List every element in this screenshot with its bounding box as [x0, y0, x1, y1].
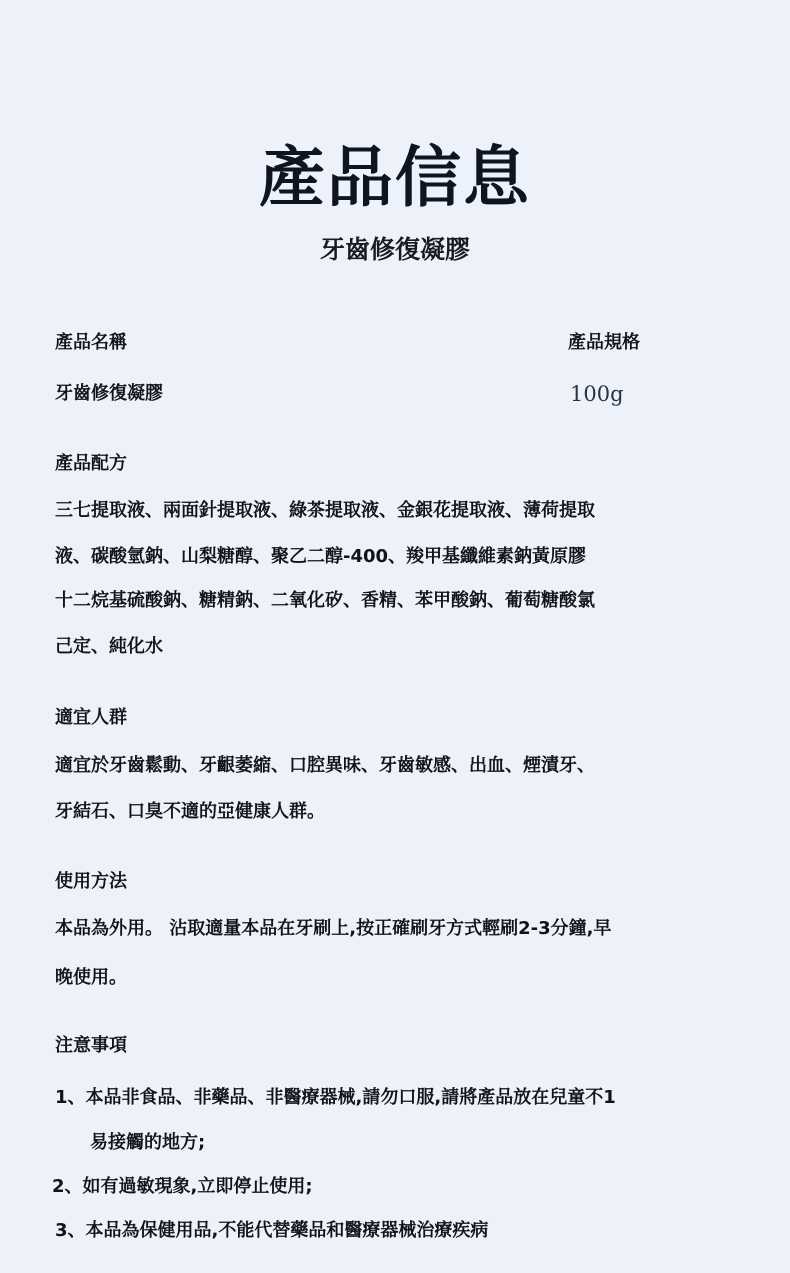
notes-item: 2、如有過敏現象,立即停止使用; [52, 1174, 313, 1200]
product-spec-label: 產品規格 [568, 330, 640, 356]
formula-label: 產品配方 [55, 451, 127, 477]
formula-line: 十二烷基硫酸鈉、糖精鈉、二氧化矽、香精、苯甲酸鈉、葡萄糖酸氯 [55, 588, 595, 614]
formula-line: 液、碳酸氫鈉、山梨糖醇、聚乙二醇-400、羧甲基纖維素鈉黃原膠 [55, 544, 586, 570]
suitable-line: 牙結石、口臭不適的亞健康人群。 [55, 799, 325, 825]
product-name-value: 牙齒修復凝膠 [55, 381, 163, 407]
usage-line: 晚使用。 [55, 965, 127, 991]
formula-line: 己定、純化水 [55, 634, 163, 660]
product-name-label: 產品名稱 [55, 330, 127, 356]
suitable-label: 適宜人群 [55, 705, 127, 731]
formula-line: 三七提取液、兩面針提取液、綠茶提取液、金銀花提取液、薄荷提取 [55, 498, 595, 524]
notes-label: 注意事項 [55, 1033, 127, 1059]
notes-item: 1、本品非食品、非藥品、非醫療器械,請勿口服,請將產品放在兒童不1 [55, 1085, 616, 1111]
page-subtitle: 牙齒修復凝膠 [0, 232, 790, 268]
page-title: 產品信息 [0, 136, 790, 220]
notes-item: 3、本品為保健用品,不能代替藥品和醫療器械治療疾病 [55, 1218, 488, 1244]
notes-item-continuation: 易接觸的地方; [90, 1130, 205, 1156]
usage-line: 本品為外用。 沾取適量本品在牙刷上,按正確刷牙方式輕刷2-3分鐘,早 [55, 916, 611, 942]
suitable-line: 適宜於牙齒鬆動、牙齦萎縮、口腔異味、牙齒敏感、出血、煙漬牙、 [55, 753, 595, 779]
product-spec-value: 100g [570, 380, 624, 408]
usage-label: 使用方法 [55, 869, 127, 895]
